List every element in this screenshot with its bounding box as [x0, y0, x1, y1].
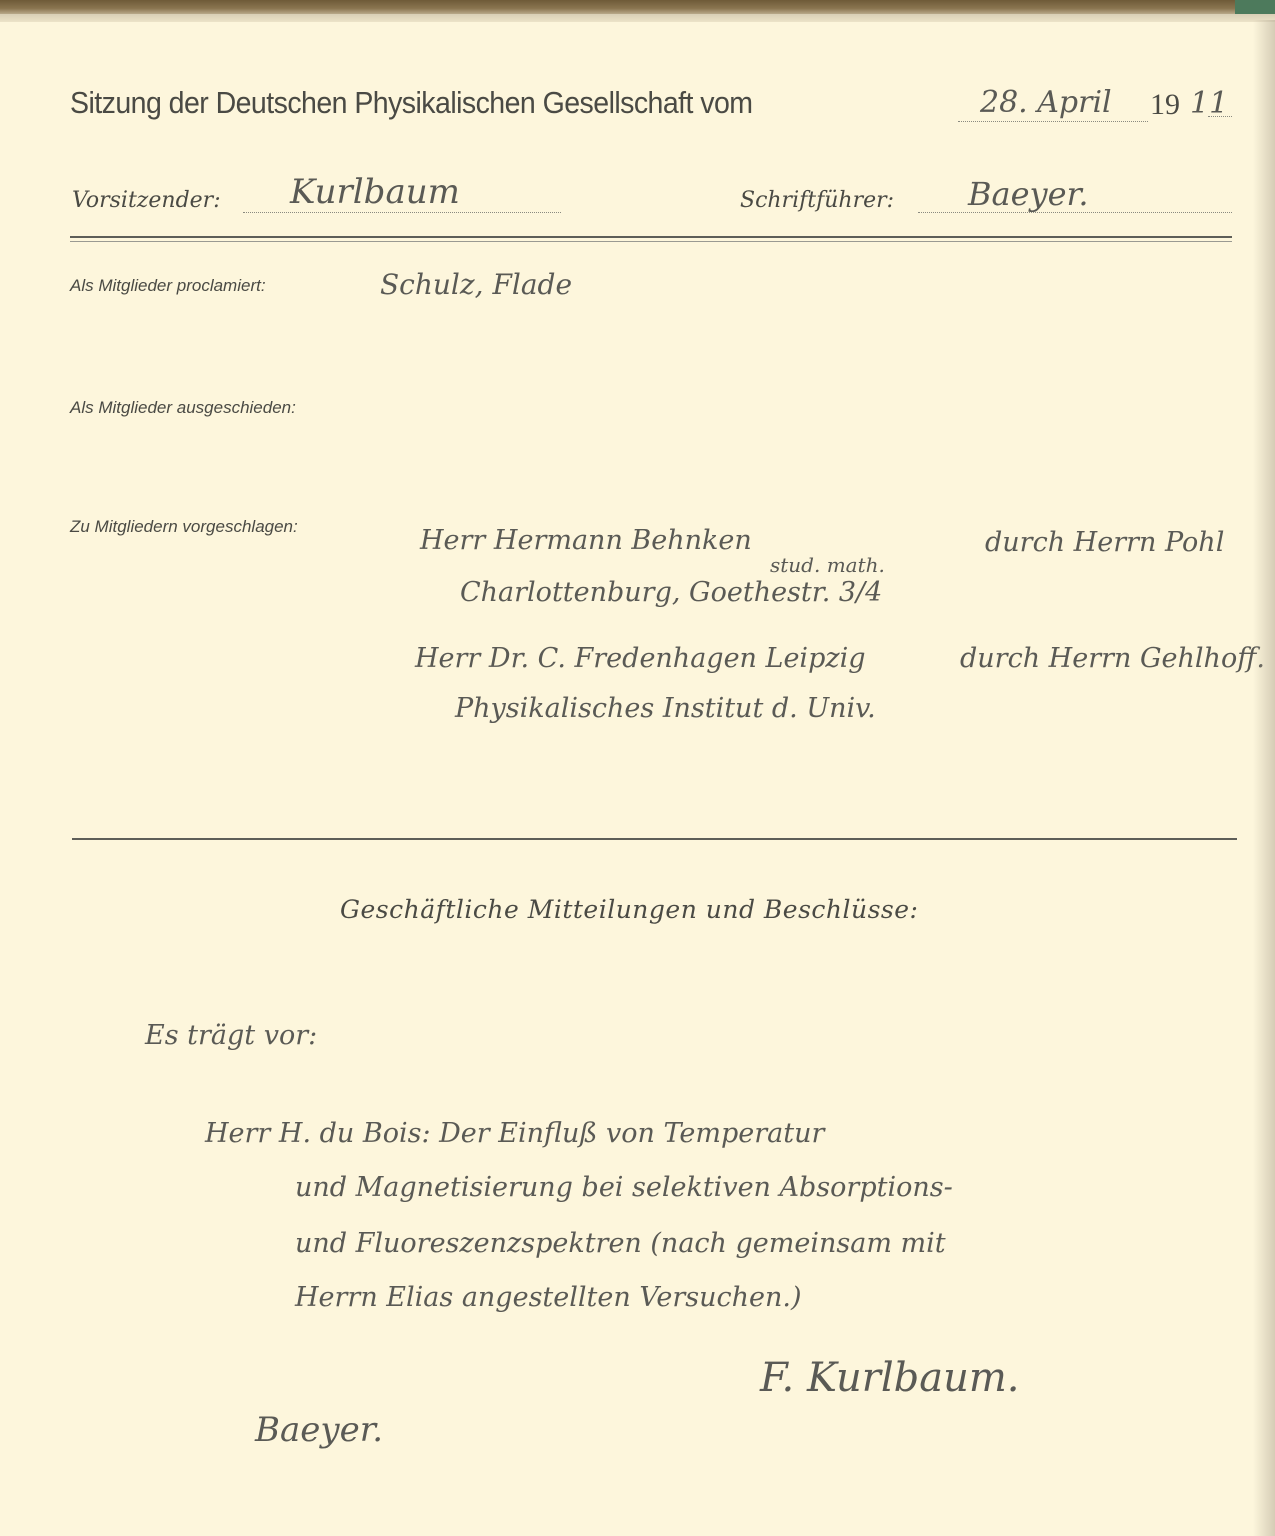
chair-dotted-line: [243, 212, 561, 213]
minutes-line: und Magnetisierung bei selektiven Absorp…: [295, 1172, 953, 1203]
minutes-line: Herrn Elias angestellten Versuchen.): [295, 1282, 801, 1313]
minutes-line: und Fluoreszenzspektren (nach gemeinsam …: [295, 1228, 946, 1259]
date-handwritten: 28. April: [980, 85, 1112, 120]
proposed-note: stud. math.: [770, 553, 885, 577]
page-edge: [0, 14, 1275, 22]
proposed-label: Zu Mitgliedern vorgeschlagen:: [70, 517, 298, 537]
proposed-sponsor: durch Herrn Pohl: [985, 527, 1224, 558]
proclaimed-label: Als Mitglieder proclamiert:: [70, 276, 266, 296]
proposed-name: Herr Dr. C. Fredenhagen Leipzig: [415, 643, 866, 674]
year-printed: 19: [1150, 88, 1180, 122]
section-heading: Geschäftliche Mitteilungen und Beschlüss…: [340, 895, 918, 924]
departed-label: Als Mitglieder ausgeschieden:: [70, 398, 296, 418]
minutes-intro: Es trägt vor:: [145, 1020, 317, 1051]
secretary-value: Baeyer.: [968, 175, 1089, 213]
date-field: 28. April: [958, 85, 1148, 122]
proposed-address: Physikalisches Institut d. Univ.: [455, 693, 876, 724]
proposed-sponsor: durch Herrn Gehlhoff.: [960, 643, 1265, 674]
year-dotted-line: [1208, 116, 1232, 117]
chair-label: Vorsitzender:: [72, 188, 221, 213]
proclaimed-value: Schulz, Flade: [380, 268, 572, 301]
secretary-label: Schriftführer:: [740, 188, 894, 213]
header-divider: [70, 236, 1232, 242]
minutes-line: Herr H. du Bois: Der Einfluß von Tempera…: [205, 1118, 824, 1149]
section-divider: [72, 838, 1237, 840]
chair-signature: F. Kurlbaum.: [760, 1355, 1020, 1401]
page-title: Sitzung der Deutschen Physikalischen Ges…: [70, 85, 753, 121]
proposed-name: Herr Hermann Behnken: [420, 525, 752, 556]
chair-value: Kurlbaum: [290, 172, 460, 212]
secretary-signature: Baeyer.: [255, 1410, 383, 1450]
proposed-address: Charlottenburg, Goethestr. 3/4: [460, 577, 882, 608]
page-gutter-shadow: [1253, 20, 1275, 1536]
book-binding: [0, 0, 1275, 14]
